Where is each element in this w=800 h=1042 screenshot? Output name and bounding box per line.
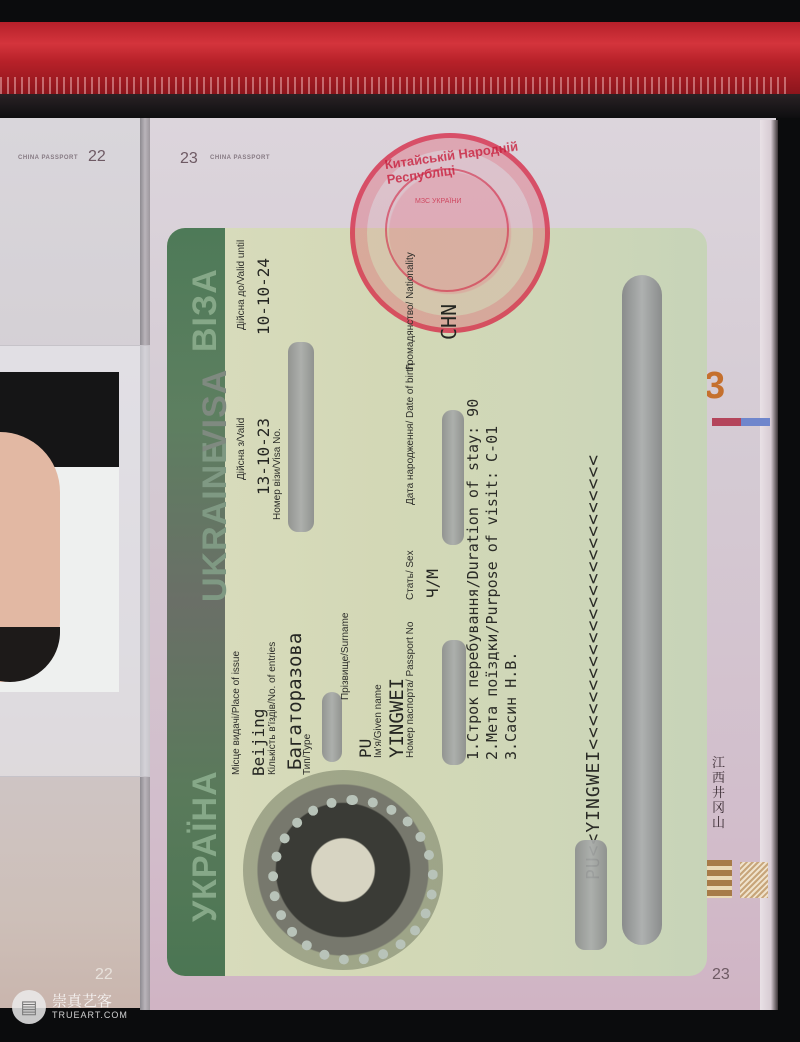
watermark-name: 崇真艺客	[52, 994, 128, 1010]
mrz-line: PU<<YINGWEI<<<<<<<<<<<<<<<<<<<<<<<<<	[583, 454, 604, 880]
surname-label: Прізвище/Surname	[340, 613, 351, 701]
right-page-bottom-number: 23	[712, 966, 730, 984]
redacted-type	[322, 692, 342, 762]
watermark-site: TRUEART.COM	[52, 1010, 128, 1020]
left-page-caption: CHINA PASSPORT	[18, 155, 78, 161]
nationality-value: CHN	[437, 304, 461, 340]
band-word-viza: ВІЗА	[186, 268, 225, 352]
photo-hair	[0, 627, 60, 682]
redacted-date-of-birth	[442, 410, 464, 545]
security-microprint	[712, 418, 770, 426]
redacted-mrz-line-2	[622, 275, 662, 945]
place-of-issue-value: Beijing	[249, 709, 268, 776]
redacted-visa-number	[288, 342, 314, 532]
redacted-mrz-start	[575, 840, 607, 950]
zipper-pouch-edge	[0, 22, 800, 94]
passport-no-label: Номер паспорта/ Passport No	[405, 622, 416, 758]
dob-label: Дата народження/ Date of birth	[405, 364, 416, 505]
place-of-issue-label: Місце видачі/Place of issue	[231, 651, 242, 775]
right-page-number: 23	[180, 150, 198, 168]
type-label: Тип/Type	[302, 734, 313, 775]
valid-until-value: 10-10-24	[254, 258, 273, 335]
passport-photo	[0, 372, 119, 692]
stamp-inner-ring	[385, 168, 509, 292]
pouch-shadow	[0, 94, 800, 118]
hologram-dot-ring	[268, 795, 438, 965]
remark-duration: 1.Строк перебування/Duration of stay: 90	[464, 399, 482, 760]
valid-until-label: Дійсна до/Valid until	[236, 240, 247, 330]
valid-from-value: 13-10-23	[254, 418, 273, 495]
sex-label: Стать/ Sex	[405, 550, 416, 600]
region-text: 江西 井冈山	[712, 755, 730, 830]
sex-value: Ч/М	[423, 569, 442, 598]
band-word-ukraina: УКРАЇНА	[186, 770, 225, 922]
redacted-passport-number	[442, 640, 466, 765]
stamp-ring-text: МЗС УКРАЇНИ	[415, 198, 461, 205]
given-name-label: Ім'я/Given name	[373, 684, 384, 758]
watermark: ▤ 崇真艺客 TRUEART.COM	[12, 990, 128, 1024]
entries-label: Кількість в'їздів/No. of entries	[267, 642, 278, 775]
band-word-ukraine: UKRAINE	[196, 440, 235, 602]
left-page-number: 22	[88, 148, 106, 166]
valid-from-label: Дійсна з/Valid	[236, 418, 247, 480]
watermark-logo-icon: ▤	[12, 990, 46, 1024]
right-page-caption: CHINA PASSPORT	[210, 155, 270, 161]
remark-officer: 3.Сасин Н.В.	[502, 652, 520, 760]
band-word-visa: VISA	[196, 369, 235, 452]
remark-purpose: 2.Мета поїздки/Purpose of visit: C-01	[483, 426, 501, 760]
visa-no-label: Номер візи/Visa No.	[272, 428, 283, 520]
page-emblem-pattern	[740, 862, 768, 898]
page-security-digit: 3	[704, 365, 725, 408]
left-page-bottom-number: 22	[95, 966, 113, 984]
nationality-label: Громадянство/ Nationality	[405, 252, 416, 370]
